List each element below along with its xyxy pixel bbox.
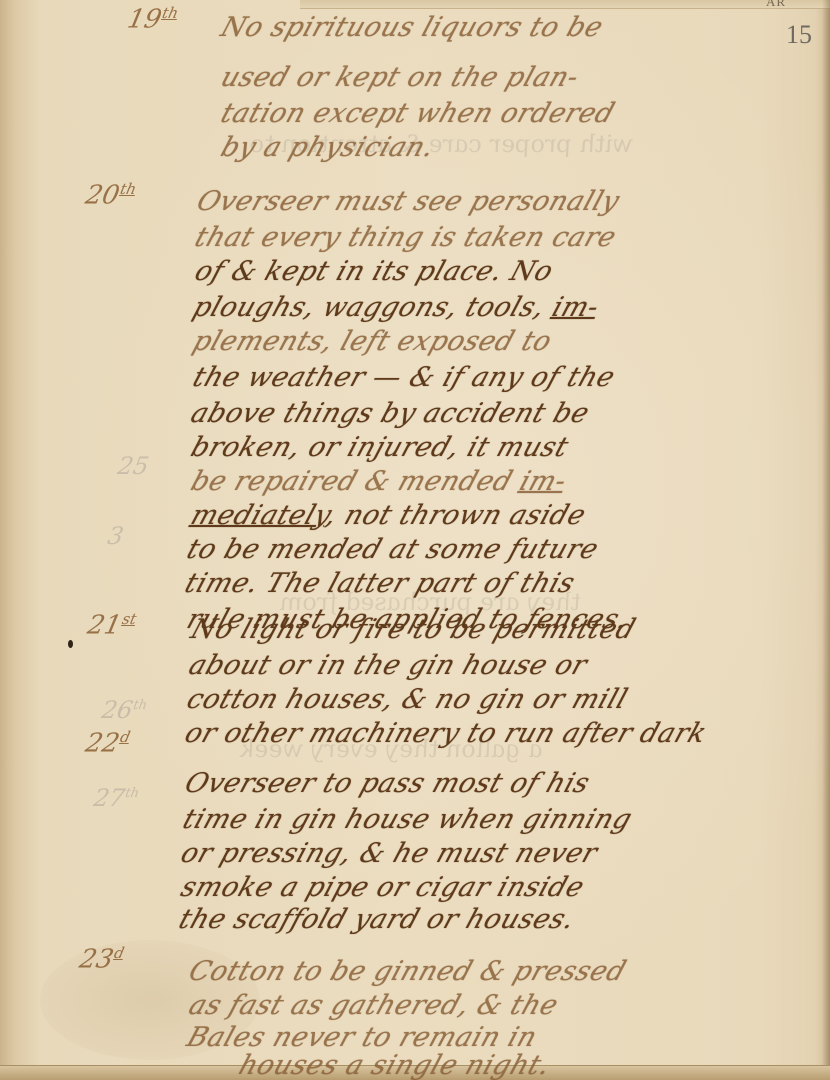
- rule-line: or pressing, & he must never: [177, 838, 602, 869]
- rule-line: mediately, not thrown aside: [187, 500, 590, 531]
- manuscript-page: AR 15 with proper care & attention to th…: [0, 0, 830, 1080]
- rule-line: broken, or injured, it must: [187, 432, 573, 463]
- underlined-word: mediately: [187, 500, 332, 531]
- underlined-word: im-: [548, 292, 603, 323]
- rule-number: 23d: [77, 944, 126, 975]
- rule-line: houses a single night.: [235, 1050, 555, 1080]
- rule-line: or other machinery to run after dark: [181, 718, 711, 749]
- ink-blot: [68, 640, 73, 648]
- rule-line: of & kept in its place. No: [191, 256, 557, 287]
- underlined-word: im-: [516, 466, 571, 497]
- page-edge-shadow: [822, 0, 830, 1080]
- rule-line: the scaffold yard or houses.: [175, 904, 579, 935]
- rule-line: No spirituous liquors to be: [217, 12, 607, 43]
- rule-line: to be mended at some future: [183, 534, 603, 565]
- rule-line: Overseer to pass most of his: [181, 768, 594, 799]
- rule-line: ploughs, waggons, tools, im-: [189, 292, 603, 323]
- top-strip-label: AR: [766, 0, 786, 10]
- page-number: 15: [786, 20, 812, 50]
- rule-line: Bales never to remain in: [183, 1022, 541, 1053]
- rule-line: smoke a pipe or cigar inside: [177, 872, 588, 903]
- rule-line: that every thing is taken care: [191, 222, 620, 253]
- rule-line: cotton houses, & no gin or mill: [183, 684, 632, 715]
- bleed-through-margin-number: 26th: [100, 696, 149, 724]
- rule-line: as fast as gathered, & the: [185, 990, 562, 1021]
- rule-number: 20th: [83, 180, 138, 211]
- bleed-through-margin-number: 27th: [92, 784, 141, 812]
- rule-line: plements, left exposed to: [189, 326, 556, 357]
- rule-line: tation except when ordered: [217, 98, 619, 129]
- rule-line: about or in the gin house or: [185, 650, 591, 681]
- rule-line: by a physician.: [217, 132, 439, 163]
- rule-line: No light or fire to be permitted: [187, 614, 640, 645]
- rule-number: 21st: [85, 610, 138, 641]
- rule-number: 19th: [125, 4, 180, 35]
- rule-line: time. The latter part of this: [181, 568, 579, 599]
- bleed-through-margin-number: 25: [116, 452, 151, 480]
- rule-number: 22d: [83, 728, 132, 759]
- rule-line: Cotton to be ginned & pressed: [185, 956, 630, 987]
- rule-line: used or kept on the plan-: [217, 62, 583, 93]
- rule-line: be repaired & mended im-: [187, 466, 571, 497]
- rule-line: Overseer must see personally: [193, 186, 624, 217]
- rule-line: time in gin house when ginning: [179, 804, 636, 835]
- rule-line: above things by accident be: [187, 398, 593, 429]
- bleed-through-margin-number: 3: [106, 522, 126, 550]
- rule-line: the weather — & if any of the: [189, 362, 619, 393]
- top-binding-strip: AR: [300, 0, 830, 9]
